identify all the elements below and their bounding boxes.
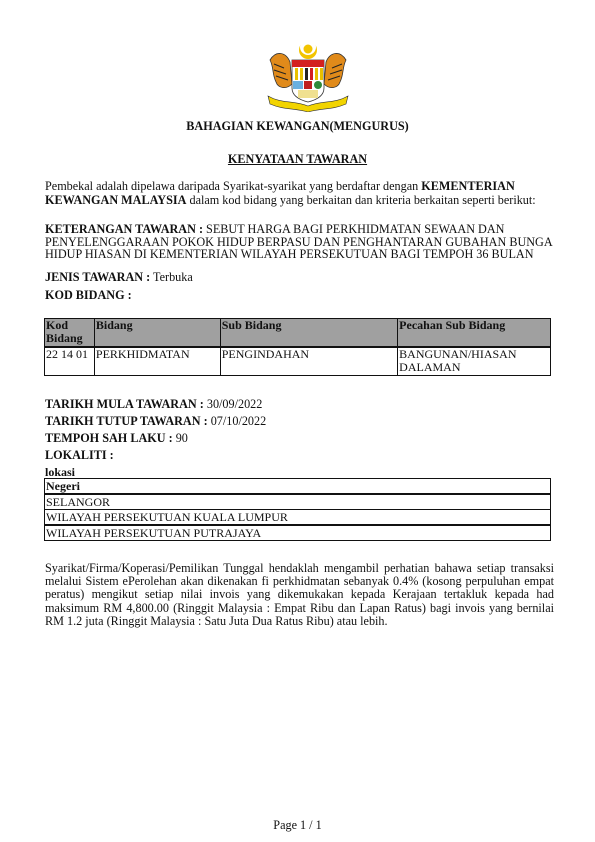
table-cell: PENGINDAHAN (220, 347, 397, 376)
locality-label: LOKALITI : (45, 448, 114, 462)
coat-of-arms-icon (262, 38, 354, 112)
column-header: Pecahan Sub Bidang (398, 319, 551, 348)
field-code-label: KOD BIDANG : (45, 288, 132, 302)
column-header: Bidang (94, 319, 220, 348)
field-code-heading: KOD BIDANG : (45, 288, 132, 303)
table-cell: WILAYAH PERSEKUTUAN KUALA LUMPUR (45, 510, 551, 526)
start-date-value: 30/09/2022 (207, 397, 263, 411)
service-fee-notice: Syarikat/Firma/Koperasi/Pemilikan Tungga… (45, 562, 554, 628)
page-number: Page 1 / 1 (0, 818, 595, 833)
locality-table-header: Negeri (45, 479, 551, 495)
start-date-label: TARIKH MULA TAWARAN : (45, 397, 204, 411)
field-code-table: Kod Bidang Bidang Sub Bidang Pecahan Sub… (44, 318, 551, 376)
validity-period: TEMPOH SAH LAKU : 90 (45, 431, 188, 446)
offer-type: JENIS TAWARAN : Terbuka (45, 270, 193, 285)
table-row: SELANGOR (45, 494, 551, 510)
table-row: WILAYAH PERSEKUTUAN PUTRAJAYA (45, 525, 551, 541)
field-code-table-header: Kod Bidang Bidang Sub Bidang Pecahan Sub… (45, 319, 551, 348)
start-date: TARIKH MULA TAWARAN : 30/09/2022 (45, 397, 262, 412)
offer-description: KETERANGAN TAWARAN : SEBUT HARGA BAGI PE… (45, 223, 555, 261)
column-header: Negeri (45, 479, 551, 495)
intro-paragraph: Pembekal adalah dipelawa daripada Syarik… (45, 180, 555, 207)
offer-type-label: JENIS TAWARAN : (45, 270, 150, 284)
column-header: Kod Bidang (45, 319, 95, 348)
column-header: Sub Bidang (220, 319, 397, 348)
table-cell: 22 14 01 (45, 347, 95, 376)
closing-date: TARIKH TUTUP TAWARAN : 07/10/2022 (45, 414, 266, 429)
table-row: WILAYAH PERSEKUTUAN KUALA LUMPUR (45, 510, 551, 526)
table-row: 22 14 01 PERKHIDMATAN PENGINDAHAN BANGUN… (45, 347, 551, 376)
closing-date-label: TARIKH TUTUP TAWARAN : (45, 414, 208, 428)
table-cell: PERKHIDMATAN (94, 347, 220, 376)
locality-table: Negeri SELANGOR WILAYAH PERSEKUTUAN KUAL… (44, 478, 551, 541)
closing-date-value: 07/10/2022 (211, 414, 267, 428)
table-cell: WILAYAH PERSEKUTUAN PUTRAJAYA (45, 525, 551, 541)
page-title: KENYATAAN TAWARAN (0, 152, 595, 167)
table-cell: BANGUNAN/HIASAN DALAMAN (398, 347, 551, 376)
intro-text-before: Pembekal adalah dipelawa daripada Syarik… (45, 179, 421, 193)
validity-period-value: 90 (176, 431, 188, 445)
department-heading: BAHAGIAN KEWANGAN(MENGURUS) (0, 119, 595, 134)
table-cell: SELANGOR (45, 494, 551, 510)
intro-text-after: dalam kod bidang yang berkaitan dan krit… (186, 193, 535, 207)
offer-type-value: Terbuka (153, 270, 193, 284)
validity-period-label: TEMPOH SAH LAKU : (45, 431, 173, 445)
locality-heading: LOKALITI : (45, 448, 114, 463)
